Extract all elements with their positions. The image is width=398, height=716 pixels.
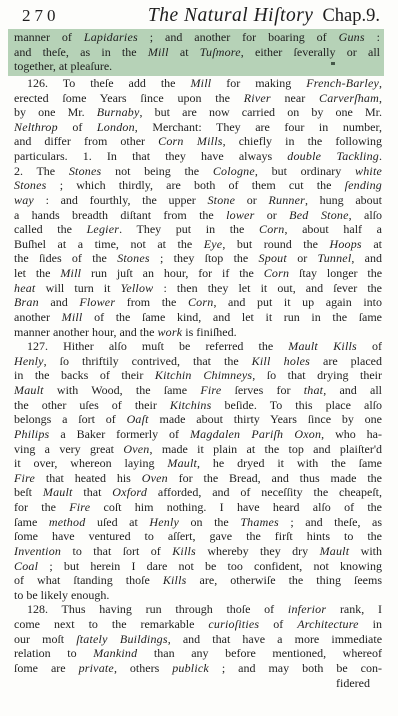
text-line: ſome have ventured to aſſert, gave the f… [14, 529, 382, 544]
text-line: 127. Hither alſo muſt be referred the Ma… [14, 339, 382, 354]
text-line: Fire that heated his Oven for the Bread,… [14, 471, 382, 486]
roman-text: , alſo [349, 208, 382, 222]
roman-text: not being the [101, 164, 212, 178]
italic-text: Kills [163, 573, 187, 587]
running-title: The Natural Hiſtory [148, 5, 314, 26]
italic-text: Mault [320, 544, 350, 558]
italic-text: Fire [14, 471, 35, 485]
italic-text: Oxford [112, 485, 147, 499]
italic-text: Bran [14, 295, 39, 309]
text-line: Buſhel at a time, not at the Eye, but ro… [14, 237, 382, 252]
roman-text: beſide. To this place alſo [212, 398, 383, 412]
roman-text: Buſhel at a time, not at the [14, 237, 204, 251]
roman-text: are placed [310, 354, 382, 368]
roman-text: : then they let it out, and ſever the [153, 281, 382, 295]
text-line: another Mill of the ſame kind, and let i… [14, 310, 382, 325]
text-line: 128. Thus having run through thoſe of in… [14, 602, 382, 617]
roman-text: , but are now carried on by one Mr. [140, 105, 382, 119]
italic-text: Hoops [329, 237, 361, 251]
roman-text: or [235, 193, 268, 207]
roman-text: , ſo thriftily contrived, that the [44, 354, 252, 368]
roman-text: , [379, 76, 382, 90]
roman-text: the ſides of the [14, 251, 117, 265]
italic-text: Philips [14, 427, 49, 441]
roman-text: 127. Hither alſo muſt be referred the [27, 339, 288, 353]
roman-text: , and that have a more immediate [168, 632, 382, 646]
roman-text: another [14, 310, 62, 324]
text-line: ſome are private, others publick ; and m… [14, 661, 382, 676]
roman-text: rank, I [326, 602, 382, 616]
roman-text: by one Mr. [14, 105, 97, 119]
italic-text: Mault [43, 485, 73, 499]
text-line: the ſides of the Stones ; they ſtop the … [14, 251, 382, 266]
italic-text: French-Barley [306, 76, 379, 90]
roman-text: beſt [14, 485, 43, 499]
italic-text: Magdalen Pariſh Oxon [190, 427, 321, 441]
text-line: to be likely enough. [14, 588, 382, 603]
roman-text: , others [114, 661, 172, 675]
text-line: relation to Mankind than any before ment… [14, 646, 382, 661]
italic-text: Thames [240, 515, 279, 529]
text-line: called the Legier. They put in the Corn,… [14, 222, 382, 237]
roman-text: belongs a ſort of [14, 412, 127, 426]
text-line: by one Mr. Burnaby, but are now carried … [14, 105, 382, 120]
text-line: beſt Mault that Oxford afforded, and of … [14, 485, 382, 500]
roman-text: that heated his [35, 471, 142, 485]
roman-text: ; and may both be con- [209, 661, 382, 675]
italic-text: Stones [69, 164, 102, 178]
text-line: manner of Lapidaries ; and another for b… [14, 30, 380, 45]
roman-text: , and put it up again into [213, 295, 382, 309]
italic-text: Stones [14, 178, 47, 192]
text-line: Stones ; which thirdly, are both of them… [14, 178, 382, 193]
text-line: for the Fire coſt him nothing. I have he… [14, 500, 382, 515]
italic-text: Legier [87, 222, 120, 236]
text-line: Coal ; but herein I dare not be too conf… [14, 559, 382, 574]
text-line: ſame method uſed at Henly on the Thames … [14, 515, 382, 530]
text-line: manner another hour, and the work is fin… [14, 325, 382, 340]
roman-text: in the backs of their [14, 368, 155, 382]
roman-text: made about thirty Years ſince by one [149, 412, 382, 426]
roman-text: 128. Thus having run through thoſe of [27, 602, 288, 616]
text-line: ving a very great Oven, made it plain at… [14, 442, 382, 457]
text-line: Philips a Baker formerly of Magdalen Par… [14, 427, 382, 442]
roman-text: , about half a [284, 222, 382, 236]
italic-text: Tuſmore [200, 45, 241, 59]
roman-text: a hands breadth diſtant from the [14, 208, 226, 222]
italic-text: River [244, 91, 271, 105]
text-line: and theſe, as in the Mill at Tuſmore, ei… [14, 45, 380, 60]
roman-text: come next to the remarkable [14, 617, 208, 631]
roman-text: that [73, 485, 113, 499]
italic-text: Henly [149, 515, 179, 529]
italic-text: Mankind [93, 646, 137, 660]
italic-text: Tunnel [318, 251, 352, 265]
italic-text: Architecture [297, 617, 359, 631]
roman-text: to that ſort of [61, 544, 172, 558]
roman-text: . [379, 149, 382, 163]
text-line: and differ from other Corn Mills, chiefl… [14, 134, 382, 149]
roman-text: or [254, 208, 289, 222]
text-line: Invention to that ſort of Kills whereby … [14, 544, 382, 559]
roman-text: , but ordinary [255, 164, 355, 178]
italic-text: Kills [172, 544, 196, 558]
text-line: come next to the remarkable curioſities … [14, 617, 382, 632]
roman-text: whereby they dry [196, 544, 320, 558]
roman-text: and theſe, as in the [14, 45, 148, 59]
roman-text: ſome have ventured to aſſert, gave the f… [14, 529, 382, 543]
roman-text: manner another hour, and the [14, 325, 157, 339]
text-line: Nelthrop of London, Merchant: They are f… [14, 120, 382, 135]
italic-text: work [157, 325, 182, 339]
roman-text: , Merchant: They are four in number, [135, 120, 382, 134]
roman-text: is finiſhed. [182, 325, 236, 339]
italic-text: Kitchins [170, 398, 212, 412]
text-block: manner of Lapidaries ; and another for b… [0, 27, 398, 676]
roman-text: ving a very great [14, 442, 123, 456]
text-line: Bran and Flower from the Corn, and put i… [14, 295, 382, 310]
roman-text: particulars. 1. In that they have always [14, 149, 287, 163]
running-head: The Natural HiſtoryChap.9. [148, 5, 380, 27]
italic-text: Kill holes [252, 354, 310, 368]
text-line: heat will turn it Yellow : then they let… [14, 281, 382, 296]
text-line: 126. To theſe add the Mill for making Fr… [14, 76, 382, 91]
italic-text: Oven [142, 471, 168, 485]
highlighted-passage: manner of Lapidaries ; and another for b… [8, 29, 384, 76]
italic-text: heat [14, 281, 35, 295]
italic-text: Bed Stone [289, 208, 348, 222]
roman-text: ; and another for boaring of [138, 30, 339, 44]
italic-text: Stones [117, 251, 150, 265]
roman-text: and [39, 295, 80, 309]
italic-text: Burnaby [97, 105, 140, 119]
italic-text: Corn [264, 266, 289, 280]
roman-text: ſome are [14, 661, 79, 675]
italic-text: Corn [259, 222, 284, 236]
roman-text: relation to [14, 646, 93, 660]
text-line: Mault with Wood, the ſame Fire ſerves fo… [14, 383, 382, 398]
roman-text: a Baker formerly of [49, 427, 190, 441]
italic-text: Mill [60, 266, 81, 280]
roman-text: in [359, 617, 382, 631]
italic-text: Spout [259, 251, 287, 265]
text-line: of what ſtanding thoſe Kills are, otherw… [14, 573, 382, 588]
roman-text: to be likely enough. [14, 588, 109, 602]
italic-text: Mill [190, 76, 211, 90]
roman-text: ſame [14, 515, 49, 529]
italic-text: lower [226, 208, 254, 222]
roman-text: for making [211, 76, 306, 90]
italic-text: Lapidaries [84, 30, 138, 44]
text-line: in the backs of their Kitchin Chimneys, … [14, 368, 382, 383]
italic-text: ſtately Buildings [76, 632, 168, 646]
italic-text: Mill [148, 45, 169, 59]
roman-text: for the [14, 500, 69, 514]
roman-text: are, otherwiſe the thing ſeems [187, 573, 382, 587]
text-line: it over, whereon laying Mault, he dryed … [14, 456, 382, 471]
section-126: 126. To theſe add the Mill for making Fr… [14, 76, 382, 339]
roman-text: , he dryed it with the ſame [197, 456, 382, 470]
text-line: let the Mill run juſt an hour, for if th… [14, 266, 382, 281]
italic-text: publick [172, 661, 209, 675]
italic-text: Mault [167, 456, 197, 470]
chapter-label: Chap.9. [322, 6, 380, 26]
roman-text: uſed at [85, 515, 149, 529]
catchword-row: fidered [0, 676, 398, 691]
roman-text: from the [115, 295, 188, 309]
italic-text: Carverſham [319, 91, 379, 105]
roman-text: of what ſtanding thoſe [14, 573, 163, 587]
italic-text: Cologne [213, 164, 255, 178]
italic-text: double Tackling [287, 149, 379, 163]
roman-text: it over, whereon laying [14, 456, 167, 470]
roman-text: , hung about [305, 193, 382, 207]
roman-text: or [287, 251, 318, 265]
italic-text: inferior [288, 602, 326, 616]
section-128: 128. Thus having run through thoſe of in… [14, 602, 382, 675]
italic-text: Fire [200, 383, 221, 397]
italic-text: Corn [188, 295, 213, 309]
roman-text: afforded, and of neceſſity the cheapeſt, [147, 485, 382, 499]
italic-text: Eye [204, 237, 223, 251]
italic-text: Mault [14, 383, 44, 397]
roman-text: our moſt [14, 632, 76, 646]
roman-text: , [379, 91, 382, 105]
roman-text: ; but herein I dare not be too confident… [38, 559, 382, 573]
italic-text: method [49, 515, 86, 529]
text-line: Henly, ſo thriftily contrived, that the … [14, 354, 382, 369]
italic-text: Coal [14, 559, 38, 573]
roman-text: , either ſeverally or all [241, 45, 380, 59]
roman-text: run juſt an hour, for if the [81, 266, 264, 280]
roman-text: and differ from other [14, 134, 158, 148]
text-line: particulars. 1. In that they have always… [14, 149, 382, 164]
roman-text: , but round the [222, 237, 329, 251]
italic-text: Invention [14, 544, 61, 558]
italic-text: London [97, 120, 135, 134]
roman-text: together, at pleaſure. [14, 59, 112, 73]
catchword: fidered [336, 676, 370, 690]
text-line: the other uſes of their Kitchins beſide.… [14, 398, 382, 413]
italic-text: Oaſt [127, 412, 149, 426]
roman-text: of [259, 617, 297, 631]
italic-text: Yellow [121, 281, 154, 295]
roman-text: : [365, 30, 380, 44]
text-line: together, at pleaſure. [14, 59, 380, 74]
roman-text: , who ha- [321, 427, 382, 441]
roman-text: with Wood, the ſame [44, 383, 201, 397]
roman-text: ; and theſe, as [279, 515, 382, 529]
italic-text: curioſities [208, 617, 259, 631]
italic-text: ſending [345, 178, 382, 192]
roman-text: on the [179, 515, 240, 529]
italic-text: Kitchin Chimneys [155, 368, 252, 382]
text-line: erected ſome Years ſince upon the River … [14, 91, 382, 106]
roman-text: ſerves for [221, 383, 303, 397]
italic-text: white [355, 164, 382, 178]
italic-text: Henly [14, 354, 44, 368]
text-line: a hands breadth diſtant from the lower o… [14, 208, 382, 223]
text-line: our moſt ſtately Buildings, and that hav… [14, 632, 382, 647]
roman-text: the other uſes of their [14, 398, 170, 412]
roman-text: coſt him nothing. I have heard alſo of t… [90, 500, 382, 514]
text-line: belongs a ſort of Oaſt made about thirty… [14, 412, 382, 427]
roman-text: of [357, 339, 382, 353]
roman-text: called the [14, 222, 87, 236]
roman-text: let the [14, 266, 60, 280]
italic-text: private [79, 661, 114, 675]
roman-text: will turn it [35, 281, 120, 295]
italic-text: that [304, 383, 323, 397]
roman-text: manner of [14, 30, 84, 44]
roman-text: , and [351, 251, 382, 265]
roman-text: for the Bread, and thus made the [168, 471, 382, 485]
italic-text: Mault Kills [288, 339, 357, 353]
italic-text: Guns [339, 30, 365, 44]
roman-text: ſtay longer the [289, 266, 382, 280]
italic-text: Runner [268, 193, 305, 207]
roman-text: ; they ſtop the [150, 251, 259, 265]
italic-text: Corn Mills [158, 134, 222, 148]
text-line: 2. The Stones not being the Cologne, but… [14, 164, 382, 179]
italic-text: Oven [123, 442, 149, 456]
italic-text: Fire [69, 500, 90, 514]
roman-text: , made it plain at the top and plaiſter'… [149, 442, 382, 456]
page-number: 270 [22, 6, 60, 26]
italic-text: Flower [79, 295, 115, 309]
roman-text: : and fourthly, the upper [34, 193, 208, 207]
italic-text: Stone [207, 193, 235, 207]
roman-text: , chiefly in the following [223, 134, 382, 148]
page-header: 270 The Natural HiſtoryChap.9. [0, 0, 398, 27]
roman-text: of [58, 120, 97, 134]
ink-speck [331, 62, 335, 65]
roman-text: with [349, 544, 382, 558]
roman-text: at [362, 237, 382, 251]
book-page-scan: 270 The Natural HiſtoryChap.9. manner of… [0, 0, 398, 716]
roman-text: ; which thirdly, are both of them cut th… [47, 178, 345, 192]
roman-text: 2. The [14, 164, 69, 178]
italic-text: Mill [62, 310, 83, 324]
italic-text: way [14, 193, 34, 207]
roman-text: of the ſame kind, and let it run in the … [82, 310, 382, 324]
section-127: 127. Hither alſo muſt be referred the Ma… [14, 339, 382, 602]
text-line: way : and fourthly, the upper Stone or R… [14, 193, 382, 208]
roman-text: , ſo that drying their [252, 368, 382, 382]
roman-text: near [271, 91, 319, 105]
italic-text: Nelthrop [14, 120, 58, 134]
roman-text: at [169, 45, 200, 59]
roman-text: 126. To theſe add the [27, 76, 190, 90]
roman-text: erected ſome Years ſince upon the [14, 91, 244, 105]
roman-text: , and all [323, 383, 382, 397]
roman-text: than any before mentioned, whereof [137, 646, 382, 660]
roman-text: . They put in the [119, 222, 259, 236]
